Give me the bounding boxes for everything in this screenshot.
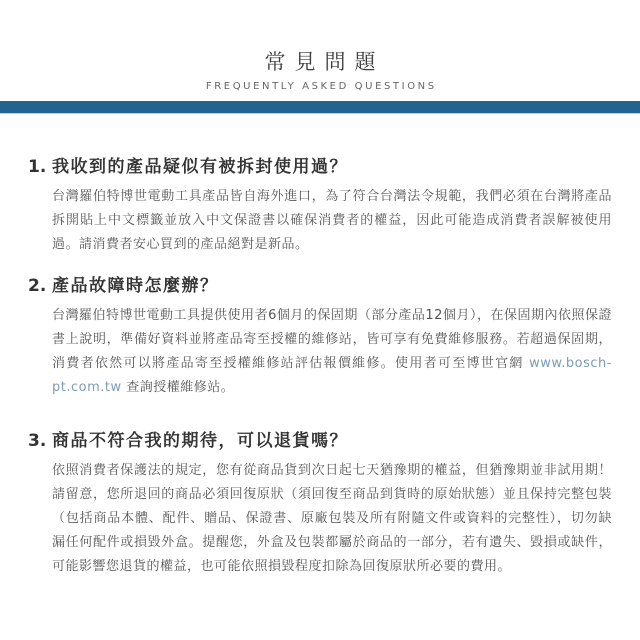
answer-text-before-link: 台灣羅伯特博世電動工具提供使用者6個月的保固期（部分產品12個月），在保固期內依… bbox=[52, 308, 612, 371]
question-number: 3. bbox=[28, 430, 52, 453]
faq-question-3: 3. 商品不符合我的期待，可以退貨嗎？ bbox=[28, 430, 612, 453]
faq-item-2: 2. 產品故障時怎麼辦？ 台灣羅伯特博世電動工具提供使用者6個月的保固期（部分產… bbox=[28, 275, 612, 400]
faq-item-1: 1. 我收到的產品疑似有被拆封使用過？ 台灣羅伯特博世電動工具產品皆自海外進口，… bbox=[28, 156, 612, 257]
faq-question-1: 1. 我收到的產品疑似有被拆封使用過？ bbox=[28, 156, 612, 179]
question-text: 商品不符合我的期待，可以退貨嗎？ bbox=[52, 430, 348, 453]
faq-page: 常見問題 FREQUENTLY ASKED QUESTIONS 1. 我收到的產… bbox=[0, 0, 640, 640]
question-text: 產品故障時怎麼辦？ bbox=[52, 275, 219, 298]
question-text: 我收到的產品疑似有被拆封使用過？ bbox=[52, 156, 348, 179]
accent-bar bbox=[0, 101, 640, 114]
page-title: 常見問題 bbox=[0, 48, 640, 76]
faq-answer-1: 台灣羅伯特博世電動工具產品皆自海外進口，為了符合台灣法令規範，我們必須在台灣將產… bbox=[52, 185, 612, 257]
page-header: 常見問題 FREQUENTLY ASKED QUESTIONS bbox=[0, 0, 640, 93]
faq-answer-3: 依照消費者保護法的規定，您有從商品貨到次日起七天猶豫期的權益，但猶豫期並非試用期… bbox=[52, 459, 612, 579]
answer-text-after-link: 查詢授權維修站。 bbox=[122, 380, 235, 395]
question-number: 2. bbox=[28, 275, 52, 298]
faq-answer-2: 台灣羅伯特博世電動工具提供使用者6個月的保固期（部分產品12個月），在保固期內依… bbox=[52, 304, 612, 400]
faq-item-3: 3. 商品不符合我的期待，可以退貨嗎？ 依照消費者保護法的規定，您有從商品貨到次… bbox=[28, 430, 612, 579]
faq-question-2: 2. 產品故障時怎麼辦？ bbox=[28, 275, 612, 298]
page-subtitle: FREQUENTLY ASKED QUESTIONS bbox=[0, 80, 640, 93]
question-number: 1. bbox=[28, 156, 52, 179]
faq-list: 1. 我收到的產品疑似有被拆封使用過？ 台灣羅伯特博世電動工具產品皆自海外進口，… bbox=[0, 156, 640, 579]
